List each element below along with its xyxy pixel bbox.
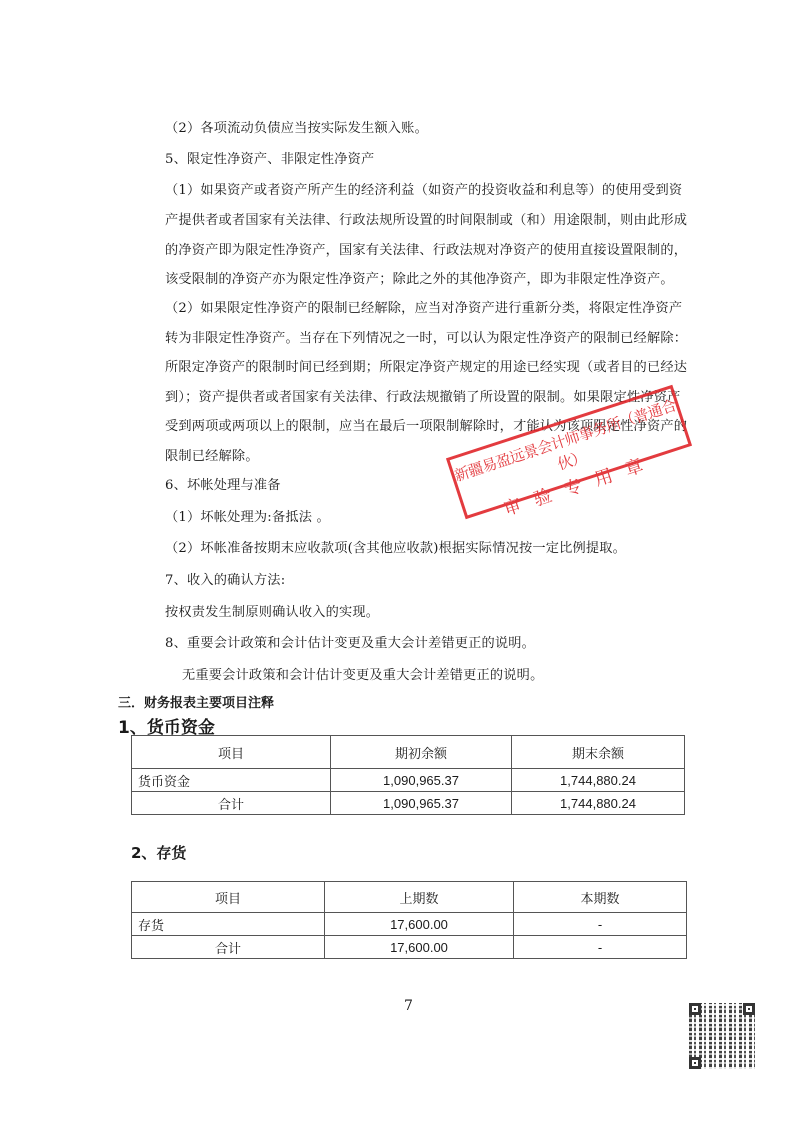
value-cell: -: [514, 913, 687, 936]
paragraph-line: 8、重要会计政策和会计估计变更及重大会计差错更正的说明。: [165, 632, 535, 651]
paragraph-line: 按权责发生制原则确认收入的实现。: [165, 601, 379, 620]
header-cell: 项目: [132, 736, 331, 769]
paragraph-line: 到）；资产提供者或者国家有关法律、行政法规撤销了所设置的限制。如果限定性净资产: [165, 386, 681, 405]
paragraph-line: 产提供者或者国家有关法律、行政法规所设置的时间限制或（和）用途限制，则由此形成: [165, 209, 687, 228]
paragraph-line: 限制已经解除。: [165, 445, 259, 464]
paragraph-line: 所限定净资产的限制时间已经到期；所限定净资产规定的用途已经实现（或者目的已经达: [165, 356, 687, 375]
header-cell: 项目: [132, 882, 325, 913]
paragraph-line: （2）坏帐准备按期末应收款项(含其他应收款)根据实际情况按一定比例提取。: [165, 537, 626, 556]
page-number: 7: [404, 998, 413, 1014]
item-cell: 货币资金: [132, 769, 331, 792]
paragraph-line: 该受限制的净资产亦为限定性净资产；除此之外的其他净资产，即为非限定性净资产。: [165, 268, 674, 287]
header-cell: 期初余额: [331, 736, 512, 769]
table-header-row: 项目 期初余额 期末余额: [132, 736, 685, 769]
value-cell: 1,744,880.24: [512, 769, 685, 792]
value-cell: 1,090,965.37: [331, 792, 512, 815]
section-heading: 三．财务报表主要项目注释: [118, 692, 274, 711]
item-cell: 合计: [132, 936, 325, 959]
paragraph-line: 的净资产即为限定性净资产，国家有关法律、行政法规对净资产的使用直接设置限制的，: [165, 239, 687, 258]
value-cell: -: [514, 936, 687, 959]
table-row: 合计 1,090,965.37 1,744,880.24: [132, 792, 685, 815]
table-header-row: 项目 上期数 本期数: [132, 882, 687, 913]
paragraph-line: （2）如果限定性净资产的限制已经解除，应当对净资产进行重新分类，将限定性净资产: [165, 297, 682, 316]
value-cell: 17,600.00: [325, 936, 514, 959]
inventory-table: 项目 上期数 本期数 存货 17,600.00 - 合计 17,600.00 -: [131, 881, 687, 959]
header-cell: 本期数: [514, 882, 687, 913]
header-cell: 上期数: [325, 882, 514, 913]
value-cell: 1,090,965.37: [331, 769, 512, 792]
paragraph-line: 无重要会计政策和会计估计变更及重大会计差错更正的说明。: [182, 664, 543, 683]
header-cell: 期末余额: [512, 736, 685, 769]
paragraph-line: 6、坏帐处理与准备: [165, 474, 281, 493]
paragraph-line: （1）如果资产或者资产所产生的经济利益（如资产的投资收益和利息等）的使用受到资: [165, 179, 682, 198]
paragraph-line: （2）各项流动负债应当按实际发生额入账。: [165, 117, 428, 136]
inventory-heading: 2、存货: [131, 842, 186, 863]
value-cell: 1,744,880.24: [512, 792, 685, 815]
item-cell: 存货: [132, 913, 325, 936]
paragraph-line: 5、限定性净资产、非限定性净资产: [165, 148, 374, 167]
table-row: 合计 17,600.00 -: [132, 936, 687, 959]
value-cell: 17,600.00: [325, 913, 514, 936]
paragraph-line: 转为非限定性净资产。当存在下列情况之一时，可以认为限定性净资产的限制已经解除：: [165, 327, 687, 346]
table-row: 货币资金 1,090,965.37 1,744,880.24: [132, 769, 685, 792]
item-cell: 合计: [132, 792, 331, 815]
paragraph-line: 7、收入的确认方法:: [165, 569, 285, 588]
paragraph-line: （1）坏帐处理为:备抵法 。: [165, 506, 330, 525]
table-row: 存货 17,600.00 -: [132, 913, 687, 936]
qr-code-icon: [689, 1003, 755, 1069]
cash-table: 项目 期初余额 期末余额 货币资金 1,090,965.37 1,744,880…: [131, 735, 685, 815]
